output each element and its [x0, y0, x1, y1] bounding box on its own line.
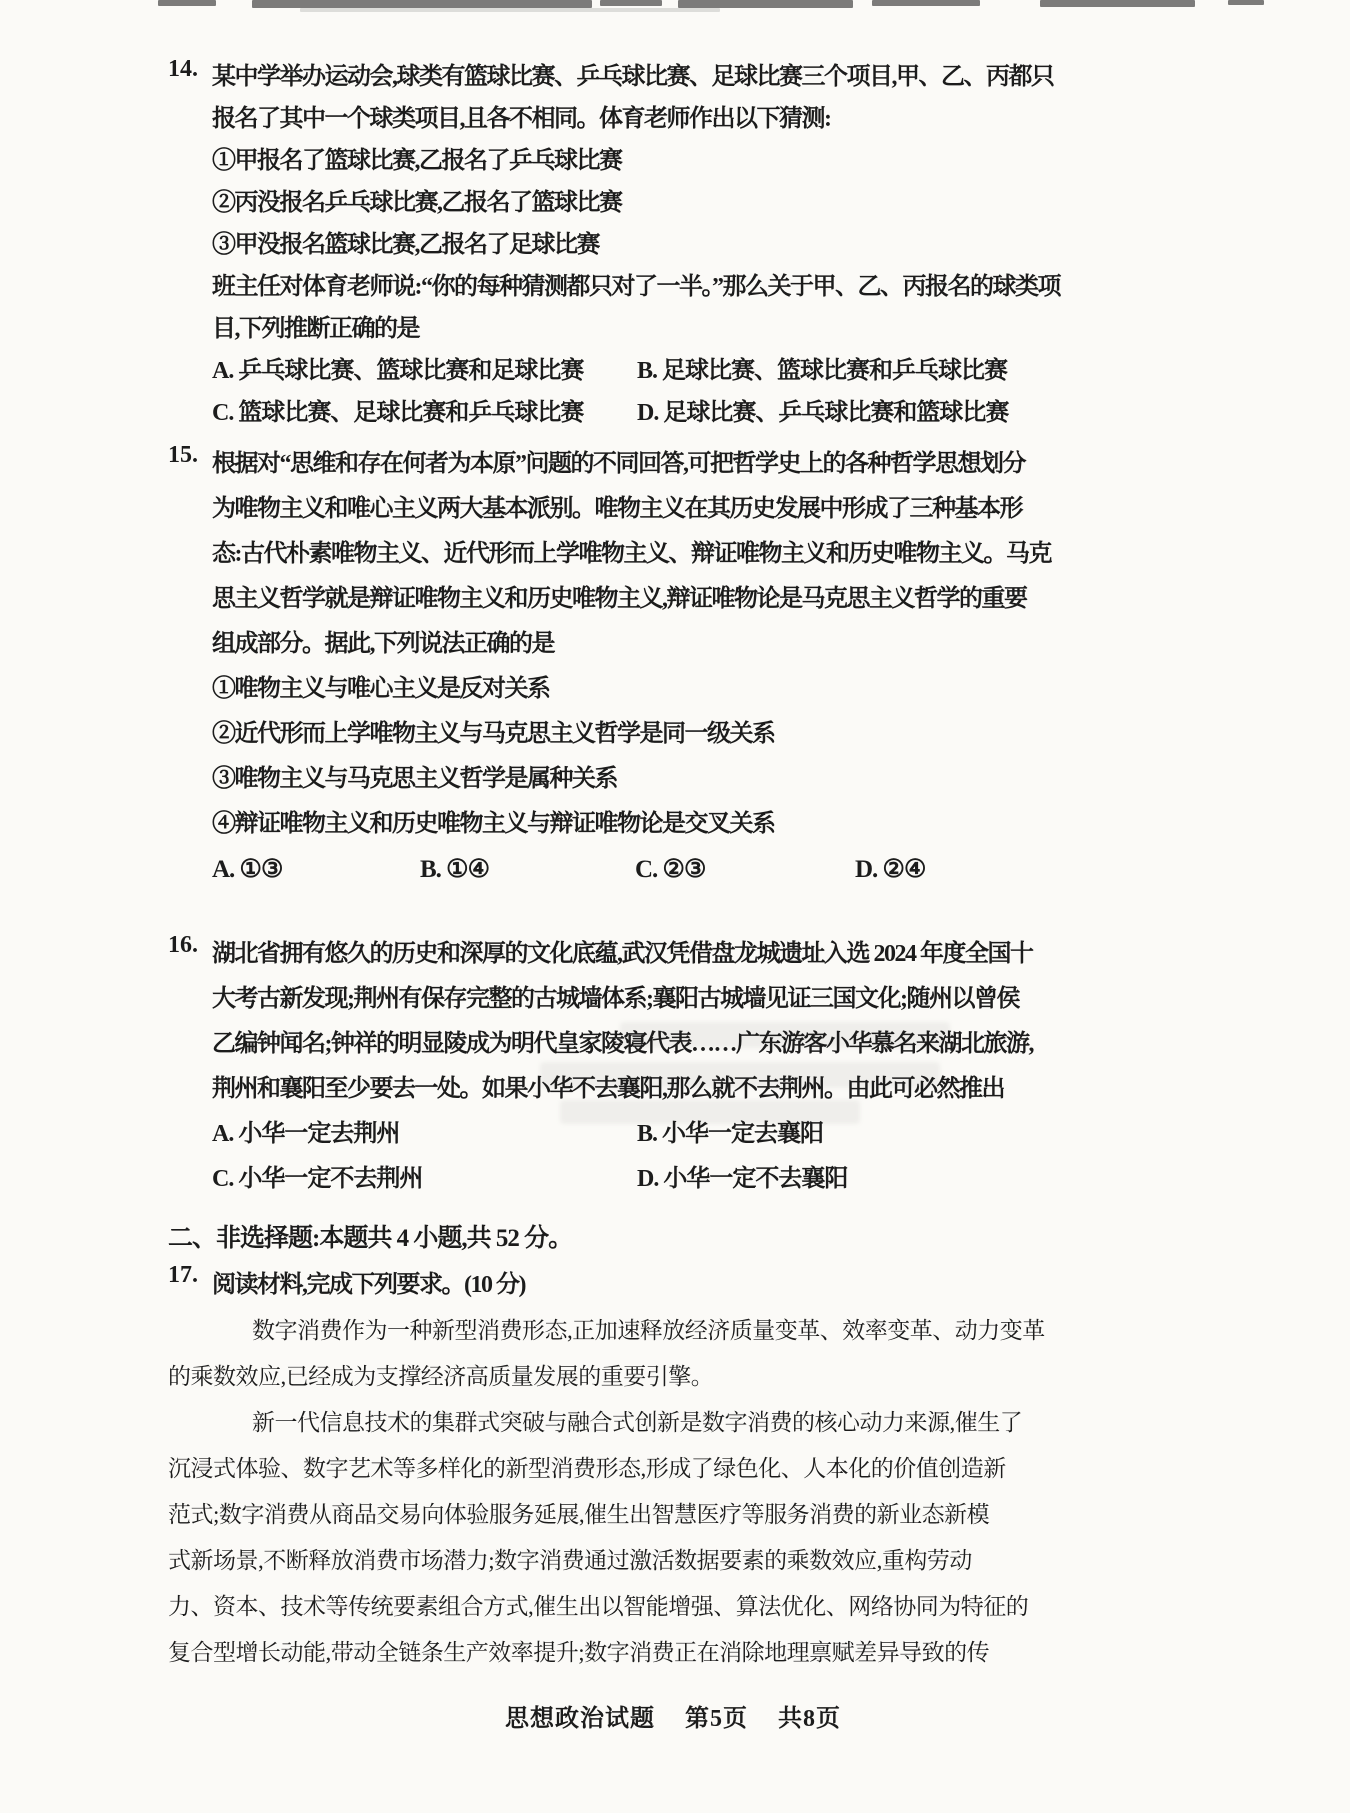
option-c: C. ②③ [635, 847, 855, 892]
exam-page: 14. 某中学举办运动会,球类有篮球比赛、乒乓球比赛、足球比赛三个项目,甲、乙、… [0, 0, 1350, 1813]
question-stem-line: 班主任对体育老师说:“你的每种猜测都只对了一半。”那么关于甲、乙、丙报名的球类项 [212, 266, 1054, 308]
option-b: B. 足球比赛、篮球比赛和乒乓球比赛 [637, 350, 1054, 392]
footer-total-pages: 共8页 [778, 1698, 841, 1733]
material-line: 力、资本、技术等传统要素组合方式,催生出以智能增强、算法优化、网络协同为特征的 [168, 1584, 1054, 1630]
question-stem-line: 态:古代朴素唯物主义、近代形而上学唯物主义、辩证唯物主义和历史唯物主义。马克 [212, 532, 1054, 577]
question-15: 15. 根据对“思维和存在何者为本原”问题的不同回答,可把哲学史上的各种哲学思想… [168, 442, 1054, 892]
question-stem-line: 报名了其中一个球类项目,且各不相同。体育老师作出以下猜测: [212, 98, 1054, 140]
scan-artifact [1040, 0, 1195, 7]
question-prompt: 阅读材料,完成下列要求。(10 分) [212, 1262, 1054, 1308]
option-b: B. ①④ [420, 847, 635, 892]
option-d: D. 足球比赛、乒乓球比赛和篮球比赛 [637, 392, 1054, 434]
footer-doc-title: 思想政治试题 [505, 1698, 655, 1733]
guess-item: ①甲报名了篮球比赛,乙报名了乒乓球比赛 [212, 140, 1054, 182]
section-2-header: 二、非选择题:本题共 4 小题,共 52 分。 [168, 1216, 1054, 1262]
material-line: 新一代信息技术的集群式突破与融合式创新是数字消费的核心动力来源,催生了 [168, 1400, 1054, 1446]
option-d: D. ②④ [855, 847, 1054, 892]
scan-artifact [872, 0, 980, 6]
options-row: C. 小华一定不去荆州 D. 小华一定不去襄阳 [212, 1157, 1054, 1202]
option-b: B. 小华一定去襄阳 [637, 1112, 1054, 1157]
material-line: 复合型增长动能,带动全链条生产效率提升;数字消费正在消除地理禀赋差异导致的传 [168, 1630, 1054, 1676]
question-14: 14. 某中学举办运动会,球类有篮球比赛、乒乓球比赛、足球比赛三个项目,甲、乙、… [168, 56, 1054, 434]
options-row: A. 小华一定去荆州 B. 小华一定去襄阳 [212, 1112, 1054, 1157]
option-c: C. 篮球比赛、足球比赛和乒乓球比赛 [212, 392, 637, 434]
question-stem-line: 湖北省拥有悠久的历史和深厚的文化底蕴,武汉凭借盘龙城遗址入选 2024 年度全国… [212, 932, 1054, 977]
guess-item: ③甲没报名篮球比赛,乙报名了足球比赛 [212, 224, 1054, 266]
page-footer: 思想政治试题 第5页 共8页 [505, 1698, 841, 1733]
option-a: A. ①③ [212, 847, 420, 892]
footer-page-number: 第5页 [685, 1698, 748, 1733]
guess-item: ②丙没报名乒乓球比赛,乙报名了篮球比赛 [212, 182, 1054, 224]
option-a: A. 小华一定去荆州 [212, 1112, 637, 1157]
statement-item: ①唯物主义与唯心主义是反对关系 [212, 667, 1054, 712]
question-17: 17. 阅读材料,完成下列要求。(10 分) [168, 1262, 1054, 1308]
option-a: A. 乒乓球比赛、篮球比赛和足球比赛 [212, 350, 637, 392]
options-row: A. 乒乓球比赛、篮球比赛和足球比赛 B. 足球比赛、篮球比赛和乒乓球比赛 [212, 350, 1054, 392]
options-row: A. ①③ B. ①④ C. ②③ D. ②④ [212, 847, 1054, 892]
question-stem-line: 思主义哲学就是辩证唯物主义和历史唯物主义,辩证唯物论是马克思主义哲学的重要 [212, 577, 1054, 622]
question-stem-line: 某中学举办运动会,球类有篮球比赛、乒乓球比赛、足球比赛三个项目,甲、乙、丙都只 [212, 56, 1054, 98]
question-stem-line: 乙编钟闻名;钟祥的明显陵成为明代皇家陵寝代表……广东游客小华慕名来湖北旅游, [212, 1022, 1054, 1067]
question-number: 17. [168, 1262, 198, 1289]
question-stem-line: 目,下列推断正确的是 [212, 308, 1054, 350]
material-line: 沉浸式体验、数字艺术等多样化的新型消费形态,形成了绿色化、人本化的价值创造新 [168, 1446, 1054, 1492]
question-number: 16. [168, 932, 198, 959]
material-line: 的乘数效应,已经成为支撑经济高质量发展的重要引擎。 [168, 1354, 1054, 1400]
option-c: C. 小华一定不去荆州 [212, 1157, 637, 1202]
scan-artifact [600, 0, 662, 6]
material-line: 范式;数字消费从商品交易向体验服务延展,催生出智慧医疗等服务消费的新业态新模 [168, 1492, 1054, 1538]
scan-artifact [300, 8, 720, 12]
statement-item: ④辩证唯物主义和历史唯物主义与辩证唯物论是交叉关系 [212, 802, 1054, 847]
question-number: 14. [168, 56, 198, 83]
scan-artifact [252, 0, 592, 8]
scan-artifact [678, 0, 853, 8]
material-line: 式新场景,不断释放消费市场潜力;数字消费通过激活数据要素的乘数效应,重构劳动 [168, 1538, 1054, 1584]
question-17-material: 数字消费作为一种新型消费形态,正加速释放经济质量变革、效率变革、动力变革 的乘数… [168, 1308, 1054, 1676]
material-line: 数字消费作为一种新型消费形态,正加速释放经济质量变革、效率变革、动力变革 [168, 1308, 1054, 1354]
options-row: C. 篮球比赛、足球比赛和乒乓球比赛 D. 足球比赛、乒乓球比赛和篮球比赛 [212, 392, 1054, 434]
question-stem-line: 根据对“思维和存在何者为本原”问题的不同回答,可把哲学史上的各种哲学思想划分 [212, 442, 1054, 487]
question-stem-line: 大考古新发现;荆州有保存完整的古城墙体系;襄阳古城墙见证三国文化;随州以曾侯 [212, 977, 1054, 1022]
question-16: 16. 湖北省拥有悠久的历史和深厚的文化底蕴,武汉凭借盘龙城遗址入选 2024 … [168, 932, 1054, 1202]
scan-artifact [1228, 0, 1264, 5]
statement-item: ③唯物主义与马克思主义哲学是属种关系 [212, 757, 1054, 802]
scan-artifact [158, 0, 216, 6]
page-content: 14. 某中学举办运动会,球类有篮球比赛、乒乓球比赛、足球比赛三个项目,甲、乙、… [168, 56, 1054, 1676]
statement-item: ②近代形而上学唯物主义与马克思主义哲学是同一级关系 [212, 712, 1054, 757]
question-stem-line: 组成部分。据此,下列说法正确的是 [212, 622, 1054, 667]
question-stem-line: 荆州和襄阳至少要去一处。如果小华不去襄阳,那么就不去荆州。由此可必然推出 [212, 1067, 1054, 1112]
question-stem-line: 为唯物主义和唯心主义两大基本派别。唯物主义在其历史发展中形成了三种基本形 [212, 487, 1054, 532]
option-d: D. 小华一定不去襄阳 [637, 1157, 1054, 1202]
question-number: 15. [168, 442, 198, 469]
